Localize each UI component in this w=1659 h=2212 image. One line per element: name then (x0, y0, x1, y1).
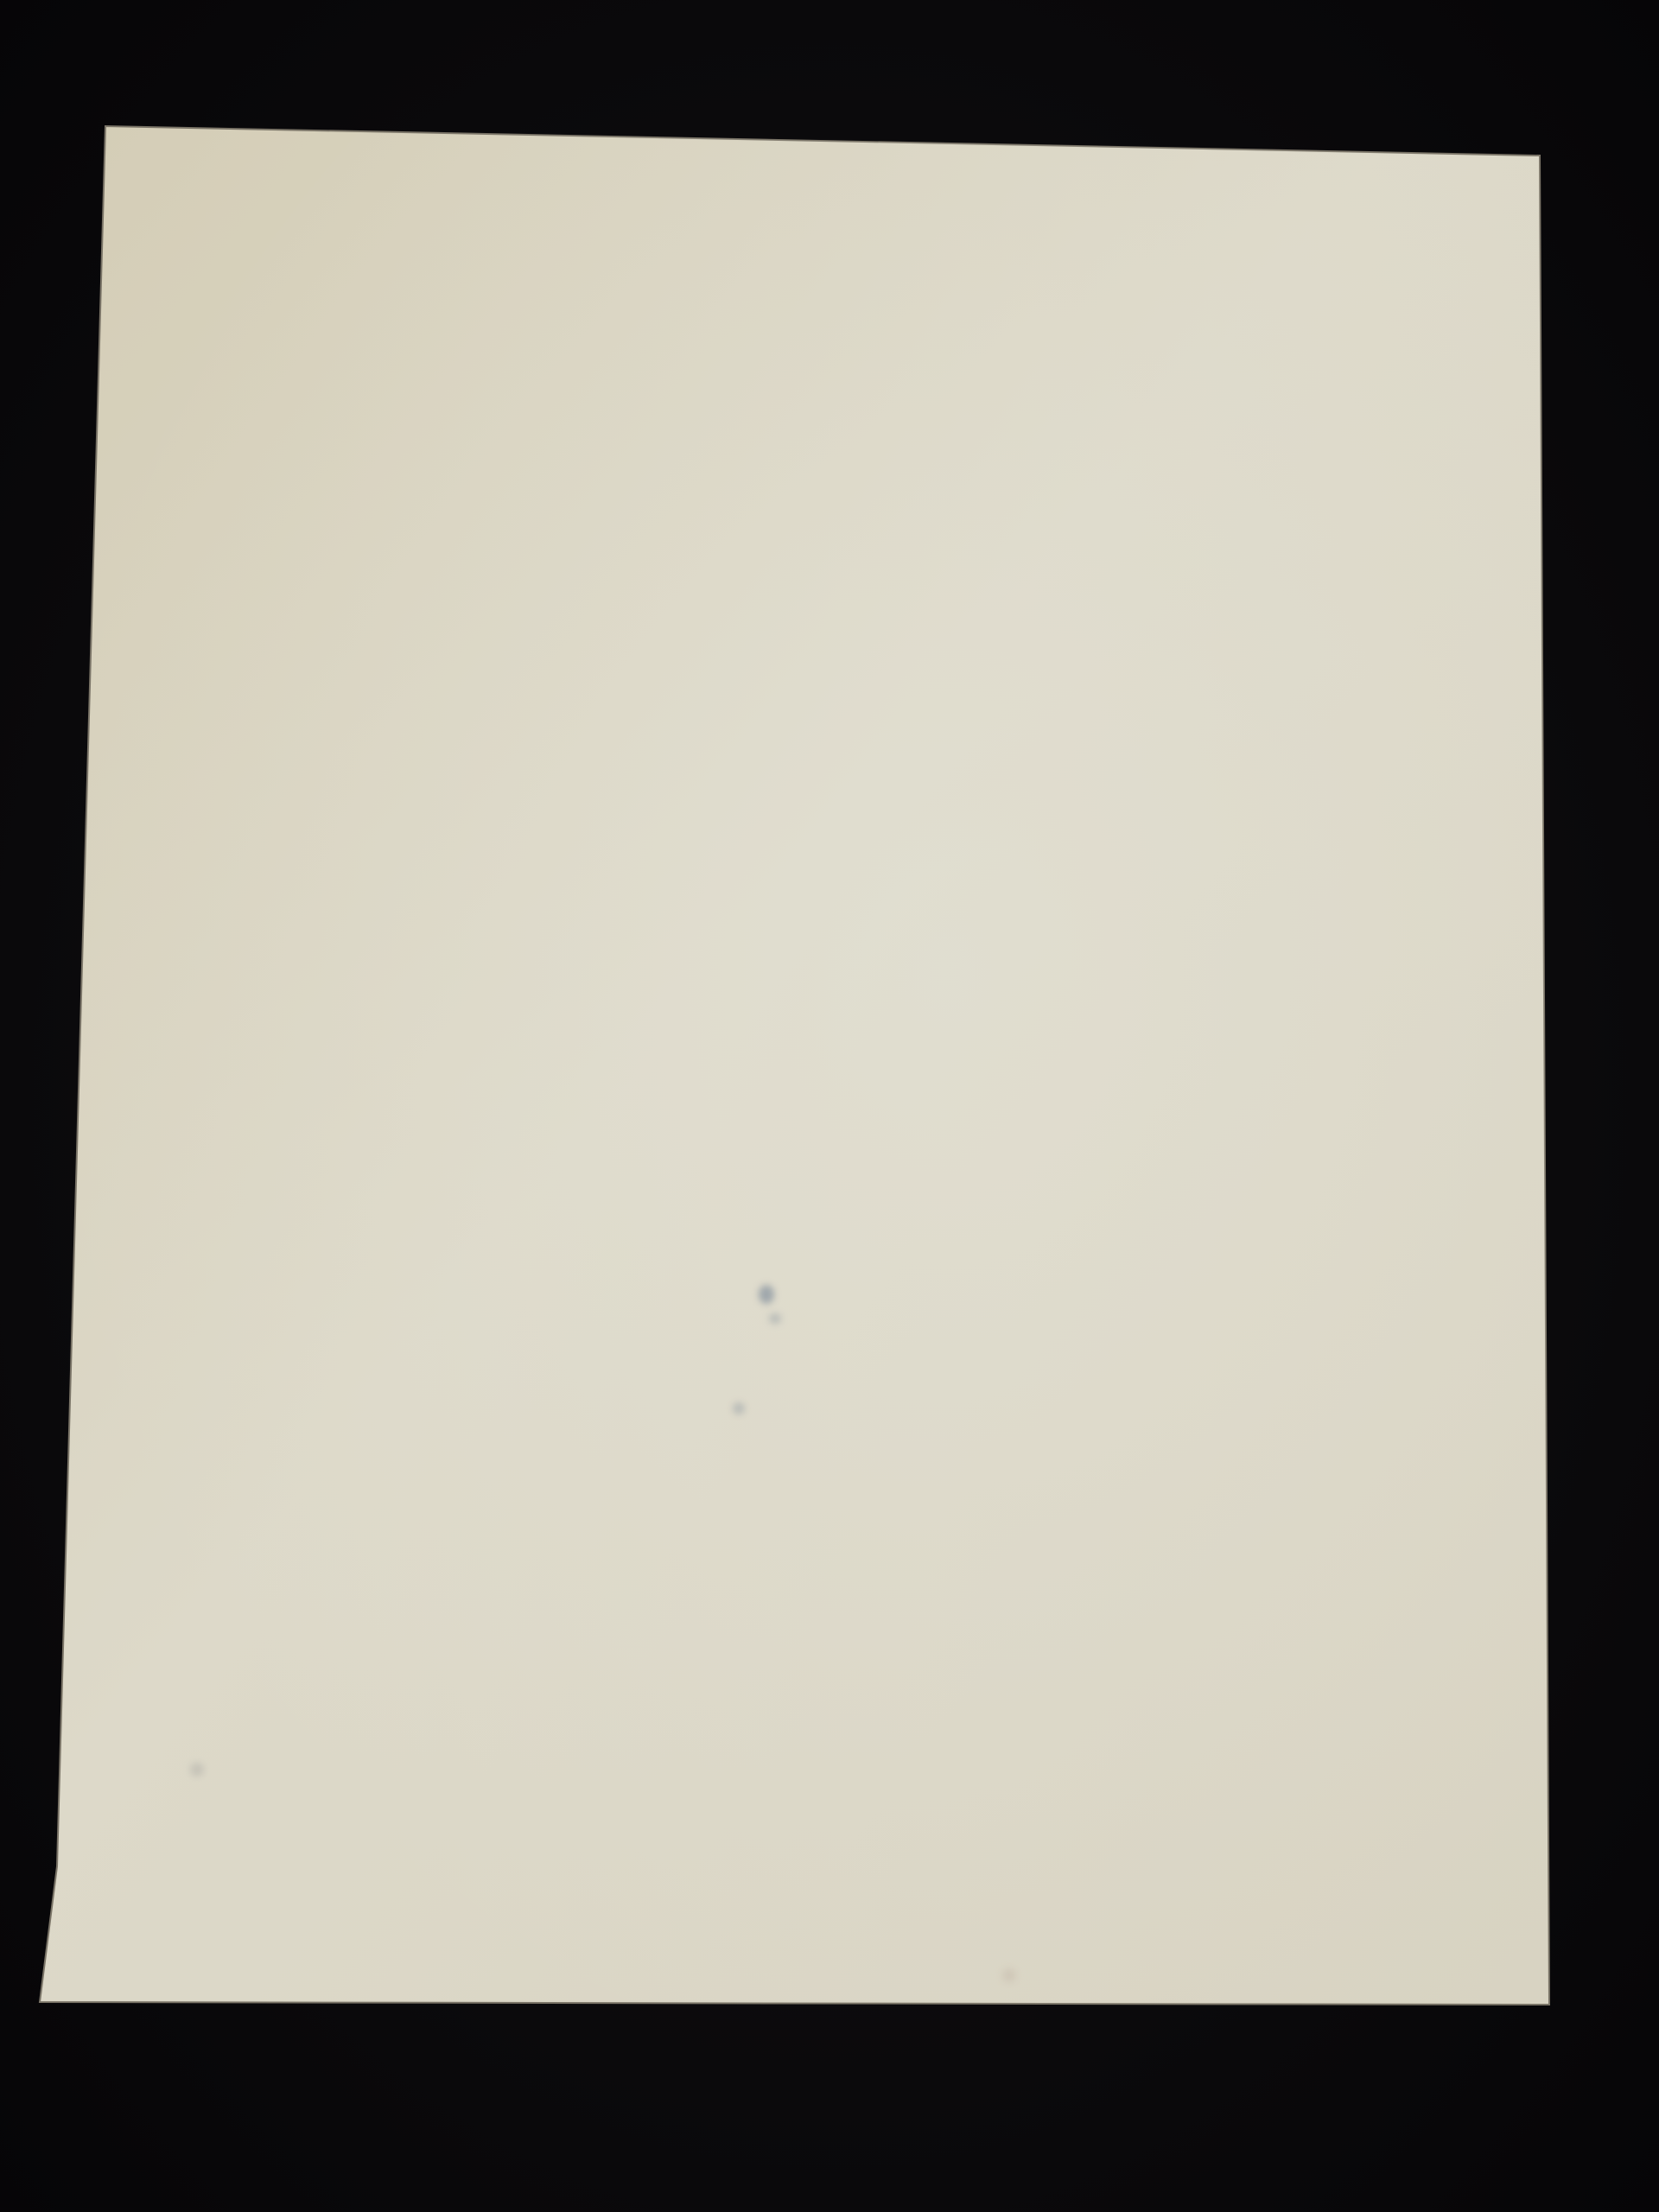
paper-shape (0, 0, 1659, 2212)
smudge-mark (769, 1313, 781, 1324)
smudge-mark (1002, 1968, 1016, 1982)
smudge-mark (190, 1763, 204, 1777)
smudge-mark (759, 1285, 774, 1304)
paper-sheet (0, 0, 1659, 2212)
smudge-mark (733, 1402, 745, 1414)
